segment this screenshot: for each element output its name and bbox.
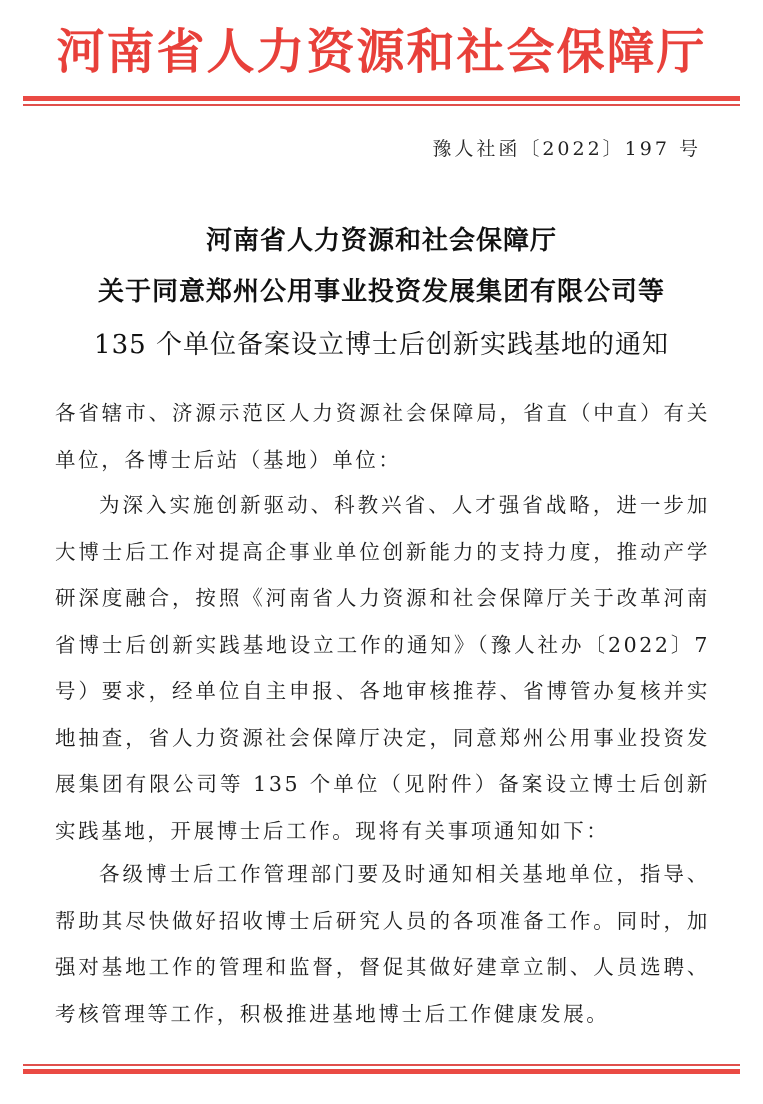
title-line-1: 河南省人力资源和社会保障厅	[0, 221, 763, 261]
body-paragraph-2: 各级博士后工作管理部门要及时通知相关基地单位，指导、帮助其尽快做好招收博士后研究…	[55, 851, 710, 1037]
body-paragraph-1: 为深入实施创新驱动、科教兴省、人才强省战略，进一步加大博士后工作对提高企事业单位…	[55, 482, 710, 854]
letterhead-org-name: 河南省人力资源和社会保障厅	[0, 22, 763, 82]
document-number: 豫人社函〔2022〕197 号	[432, 134, 701, 161]
letterhead-rule-thick	[23, 96, 740, 101]
title-line-2: 关于同意郑州公用事业投资发展集团有限公司等	[0, 272, 763, 312]
addressee: 各省辖市、济源示范区人力资源社会保障局，省直（中直）有关单位，各博士后站（基地）…	[55, 390, 710, 483]
footer-rule-thin	[23, 1064, 740, 1066]
footer-rule-thick	[23, 1069, 740, 1074]
title-line-3: 135 个单位备案设立博士后创新实践基地的通知	[0, 325, 763, 365]
letterhead-rule-thin	[23, 104, 740, 106]
